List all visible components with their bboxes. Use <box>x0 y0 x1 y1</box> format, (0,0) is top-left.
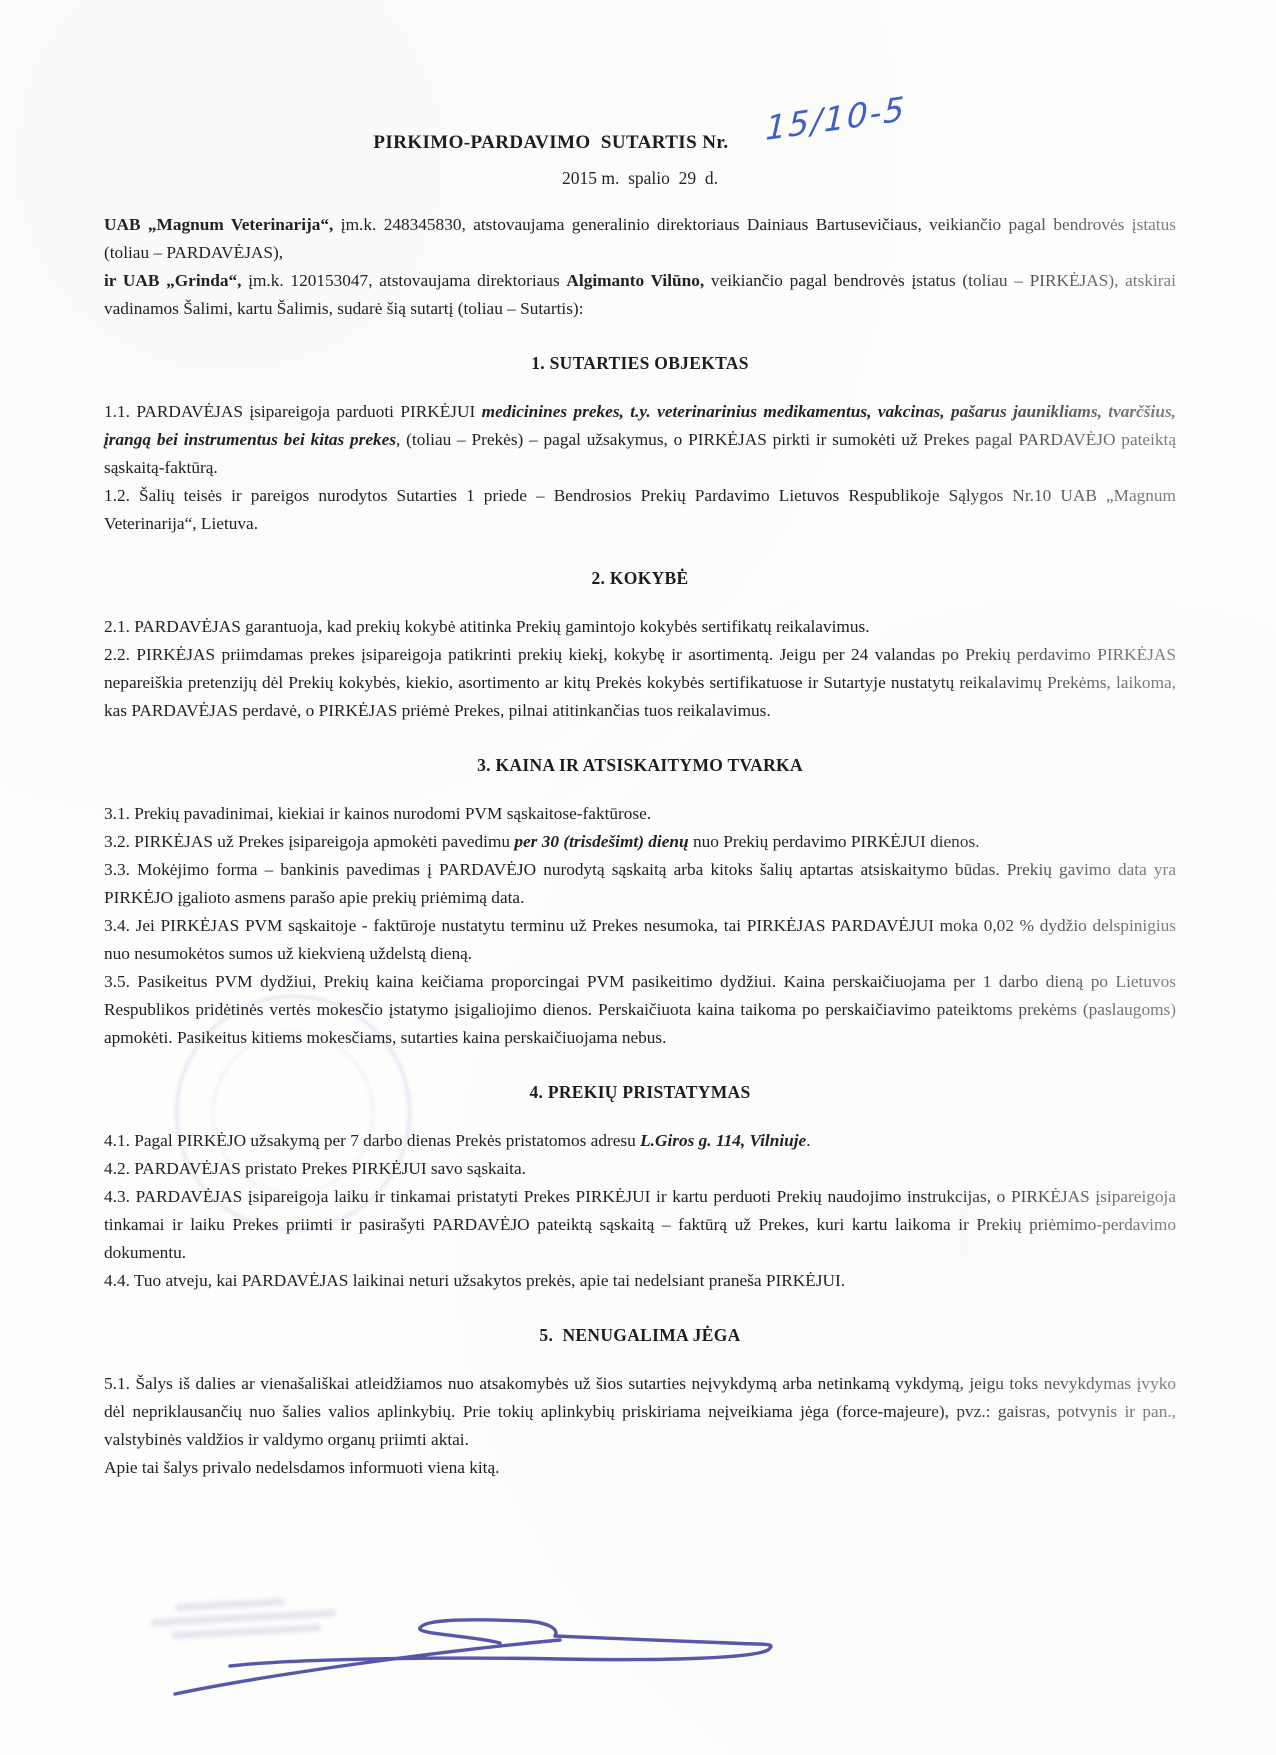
title-row: PIRKIMO-PARDAVIMO SUTARTIS Nr. 15/10-5 <box>104 130 1176 156</box>
clause-2-1: 2.1. PARDAVĖJAS garantuoja, kad prekių k… <box>104 613 1176 641</box>
signature-loop-stroke <box>420 1620 556 1643</box>
parties-intro: UAB „Magnum Veterinarija“, įm.k. 2483458… <box>104 211 1176 323</box>
clause-3-5: 3.5. Pasikeitus PVM dydžiui, Prekių kain… <box>104 968 1176 1052</box>
clause-4-1-text: 4.1. Pagal PIRKĖJO užsakymą per 7 darbo … <box>104 1131 640 1150</box>
clause-3-4: 3.4. Jei PIRKĖJAS PVM sąskaitoje - faktū… <box>104 912 1176 968</box>
seller-company-name: UAB „Magnum Veterinarija“, <box>104 215 333 234</box>
section-3-heading: 3. KAINA IR ATSISKAITYMO TVARKA <box>104 755 1176 776</box>
section-1-heading: 1. SUTARTIES OBJEKTAS <box>104 353 1176 374</box>
clause-1-1-text: 1.1. PARDAVĖJAS įsipareigoja parduoti PI… <box>104 402 482 421</box>
clause-3-2-emphasis: per 30 (trisdešimt) dienų <box>514 832 688 851</box>
buyer-details-text: įm.k. 120153047, atstovaujama direktoria… <box>241 271 566 290</box>
party-buyer-paragraph: ir UAB „Grinda“, įm.k. 120153047, atstov… <box>104 267 1176 323</box>
handwritten-contract-number: 15/10-5 <box>765 94 907 144</box>
clause-3-2-text-2: nuo Prekių perdavimo PIRKĖJUI dienos. <box>689 832 980 851</box>
clause-2-2: 2.2. PIRKĖJAS priimdamas prekes įsiparei… <box>104 641 1176 725</box>
clause-4-1: 4.1. Pagal PIRKĖJO užsakymą per 7 darbo … <box>104 1127 1176 1155</box>
section-4-heading: 4. PREKIŲ PRISTATYMAS <box>104 1082 1176 1103</box>
clause-5-note: Apie tai šalys privalo nedelsdamos infor… <box>104 1454 1176 1482</box>
signature <box>130 1606 790 1716</box>
party-seller-paragraph: UAB „Magnum Veterinarija“, įm.k. 2483458… <box>104 211 1176 267</box>
contract-date: 2015 m. spalio 29 d. <box>104 168 1176 189</box>
clause-4-4: 4.4. Tuo atveju, kai PARDAVĖJAS laikinai… <box>104 1267 1176 1295</box>
clause-4-2: 4.2. PARDAVĖJAS pristato Prekes PIRKĖJUI… <box>104 1155 1176 1183</box>
clause-1-1: 1.1. PARDAVĖJAS įsipareigoja parduoti PI… <box>104 398 1176 482</box>
clause-3-3: 3.3. Mokėjimo forma – bankinis pavedimas… <box>104 856 1176 912</box>
buyer-director-name: Algimanto Vilūno, <box>566 271 704 290</box>
buyer-company-name: ir UAB „Grinda“, <box>104 271 241 290</box>
clause-4-1-address-emphasis: L.Giros g. 114, Vilniuje <box>640 1131 806 1150</box>
section-5-heading: 5. NENUGALIMA JĖGA <box>104 1325 1176 1346</box>
scanned-contract-page: PIRKIMO-PARDAVIMO SUTARTIS Nr. 15/10-5 2… <box>0 0 1276 1755</box>
clause-5-1: 5.1. Šalys iš dalies ar vienašališkai at… <box>104 1370 1176 1454</box>
clause-3-2: 3.2. PIRKĖJAS už Prekes įsipareigoja apm… <box>104 828 1176 856</box>
signature-sweep-stroke <box>230 1636 771 1666</box>
clause-4-1-text-2: . <box>806 1131 810 1150</box>
clause-3-1: 3.1. Prekių pavadinimai, kiekiai ir kain… <box>104 800 1176 828</box>
contract-title: PIRKIMO-PARDAVIMO SUTARTIS Nr. <box>373 130 728 156</box>
clause-1-2: 1.2. Šalių teisės ir pareigos nurodytos … <box>104 482 1176 538</box>
clause-3-2-text: 3.2. PIRKĖJAS už Prekes įsipareigoja apm… <box>104 832 514 851</box>
section-2-heading: 2. KOKYBĖ <box>104 568 1176 589</box>
clause-4-3: 4.3. PARDAVĖJAS įsipareigoja laiku ir ti… <box>104 1183 1176 1267</box>
contract-content: PIRKIMO-PARDAVIMO SUTARTIS Nr. 15/10-5 2… <box>104 0 1176 1482</box>
